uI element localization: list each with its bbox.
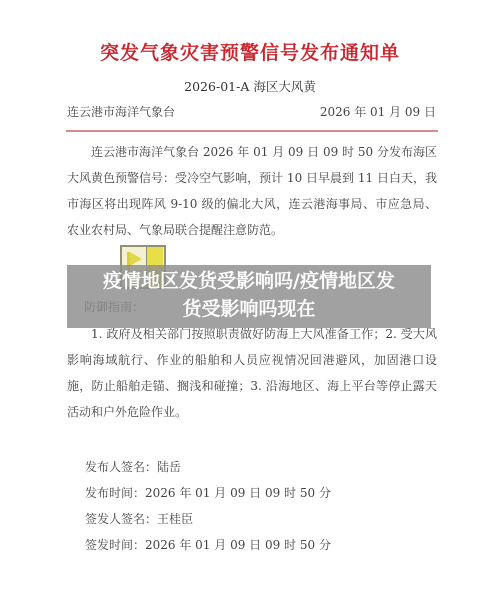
warning-paragraph: 连云港市海洋气象台 2026 年 01 月 09 日 09 时 50 分发布海区… (67, 139, 437, 243)
approve-time: 签发时间：2026 年 01 月 09 日 09 时 50 分 (85, 536, 331, 553)
caption-line-2: 货受影响吗现在 (67, 295, 431, 323)
publisher-signature: 发布人签名：陆岳 (85, 458, 181, 475)
document-title: 突发气象灾害预警信号发布通知单 (0, 38, 500, 65)
caption-text: 疫情地区发货受影响吗/疫情地区发 货受影响吗现在 (67, 267, 431, 323)
defense-guide-text: 1. 政府及相关部门按照职责做好防海上大风准备工作；2. 受大风影响海域航行、作… (67, 327, 437, 419)
caption-line-1: 疫情地区发货受影响吗/疫情地区发 (67, 267, 431, 295)
defense-guide-paragraph: 1. 政府及相关部门按照职责做好防海上大风准备工作；2. 受大风影响海域航行、作… (67, 321, 437, 425)
document-subtitle: 2026-01-A 海区大风黄 (0, 77, 500, 95)
issue-date: 2026 年 01 月 09 日 (320, 103, 436, 120)
issuer-name: 连云港市海洋气象台 (67, 103, 175, 120)
warning-paragraph-text: 连云港市海洋气象台 2026 年 01 月 09 日 09 时 50 分发布海区… (67, 145, 437, 237)
publish-time: 发布时间：2026 年 01 月 09 日 09 时 50 分 (85, 484, 331, 501)
red-divider (66, 130, 438, 132)
approver-signature: 签发人签名：王桂臣 (85, 510, 193, 527)
